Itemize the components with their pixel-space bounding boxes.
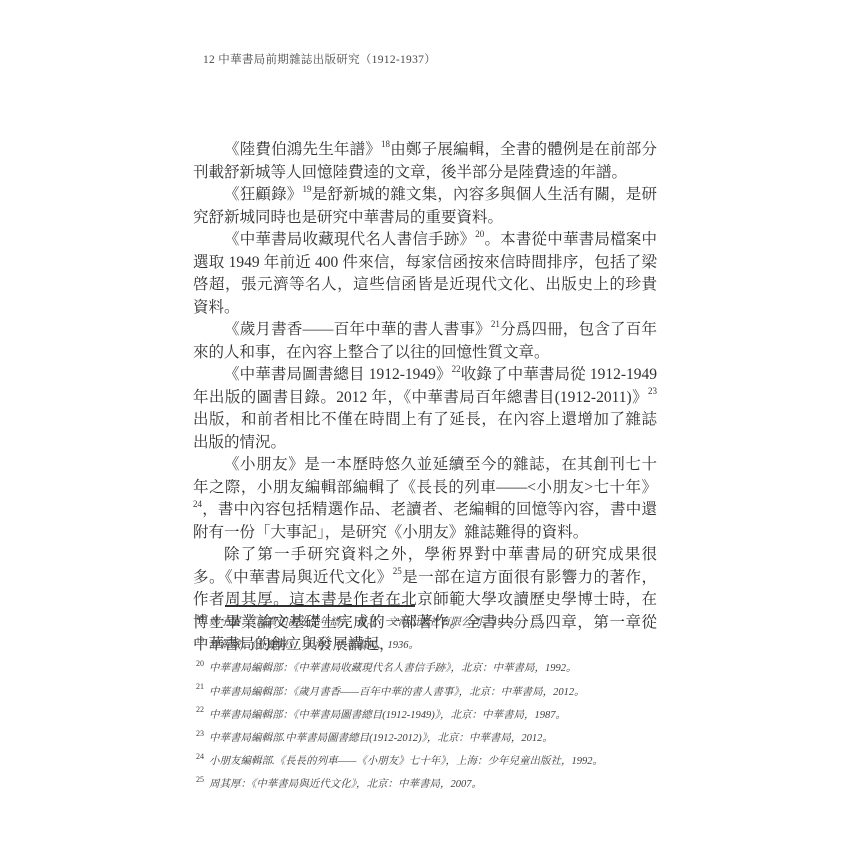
footnote-reference: 19 xyxy=(303,184,312,194)
footnote-reference: 18 xyxy=(381,139,390,149)
footnote-item: 21中華書局編輯部：《歲月書香——百年中華的書人書事》，北京：中華書局，2012… xyxy=(196,681,674,704)
footnote-separator xyxy=(225,605,415,607)
footnote-reference: 22 xyxy=(452,364,461,374)
footnote-number: 19 xyxy=(196,636,204,645)
footnote-number: 18 xyxy=(196,613,204,622)
footnote-number: 21 xyxy=(196,682,204,691)
footnote-number: 23 xyxy=(196,729,204,738)
footnote-item: 24小朋友編輯部.《長長的列車——《小朋友》七十年》，上海：少年兒童出版社，19… xyxy=(196,750,674,773)
paragraph: 《狂顧錄》19是舒新城的雜文集，內容多與個人生活有關，是研究舒新城同時也是研究中… xyxy=(193,184,657,229)
footnote-number: 22 xyxy=(196,705,204,714)
footnote-item: 20中華書局編輯部：《中華書局收藏現代名人書信手跡》，北京：中華書局，1992。 xyxy=(196,657,674,680)
footnote-number: 24 xyxy=(196,752,204,761)
footnote-text: 中華書局編輯部：《歲月書香——百年中華的書人書事》，北京：中華書局，2012。 xyxy=(209,687,585,698)
running-head: 12 中華書局前期雜誌出版研究（1912-1937） xyxy=(203,51,436,67)
footnote-item: 22中華書局編輯部：《中華書局圖書總目(1912-1949)》，北京：中華書局，… xyxy=(196,704,674,727)
footnote-item: 25周其厚：《中華書局與近代文化》，北京：中華書局，2007。 xyxy=(196,773,674,796)
footnote-text: 周其厚：《中華書局與近代文化》，北京：中華書局，2007。 xyxy=(209,779,482,790)
footnote-reference: 21 xyxy=(491,319,500,329)
footnote-reference: 25 xyxy=(393,566,402,576)
book-page: 12 中華書局前期雜誌出版研究（1912-1937） 《陸費伯鴻先生年譜》18由… xyxy=(0,0,850,850)
footnote-text: 中華書局編輯部：《中華書局圖書總目(1912-1949)》，北京：中華書局，19… xyxy=(209,710,566,721)
paragraph: 《中華書局收藏現代名人書信手跡》20。本書從中華書局檔案中選取 1949 年前近… xyxy=(193,229,657,319)
footnote-text: 舒新城：《狂顧錄》，上海：中華書局，1936。 xyxy=(209,640,419,651)
footnote-reference: 20 xyxy=(475,229,484,239)
paragraph: 《歲月書香——百年中華的書人書事》21分爲四冊，包含了百年來的人和事，在內容上整… xyxy=(193,319,657,364)
footnote-number: 25 xyxy=(196,775,204,784)
footnote-item: 18鄭子展：《陸費伯鴻先生年譜》，臺北：文海出版社有限公司，1973。 xyxy=(196,611,674,634)
body-text: 《陸費伯鴻先生年譜》18由鄭子展編輯，全書的體例是在前部分刊載舒新城等人回憶陸費… xyxy=(193,139,657,657)
footnote-text: 鄭子展：《陸費伯鴻先生年譜》，臺北：文海出版社有限公司，1973。 xyxy=(209,617,524,628)
paragraph: 《陸費伯鴻先生年譜》18由鄭子展編輯，全書的體例是在前部分刊載舒新城等人回憶陸費… xyxy=(193,139,657,184)
footnote-reference: 24 xyxy=(193,499,202,509)
footnotes: 18鄭子展：《陸費伯鴻先生年譜》，臺北：文海出版社有限公司，1973。19舒新城… xyxy=(196,611,674,797)
footnote-item: 23中華書局編輯部.中華書局圖書總目(1912-2012)》，北京：中華書局，2… xyxy=(196,727,674,750)
footnote-text: 小朋友編輯部.《長長的列車——《小朋友》七十年》，上海：少年兒童出版社，1992… xyxy=(209,756,603,767)
paragraph: 《小朋友》是一本歷時悠久並延續至今的雜誌，在其創刊七十年之際，小朋友編輯部編輯了… xyxy=(193,454,657,544)
footnote-item: 19舒新城：《狂顧錄》，上海：中華書局，1936。 xyxy=(196,634,674,657)
footnote-number: 20 xyxy=(196,659,204,668)
paragraph: 《中華書局圖書總目 1912-1949》22收錄了中華書局從 1912-1949… xyxy=(193,364,657,454)
footnote-reference: 23 xyxy=(648,386,657,396)
footnote-text: 中華書局編輯部.中華書局圖書總目(1912-2012)》，北京：中華書局，201… xyxy=(209,733,553,744)
footnote-text: 中華書局編輯部：《中華書局收藏現代名人書信手跡》，北京：中華書局，1992。 xyxy=(209,663,577,674)
